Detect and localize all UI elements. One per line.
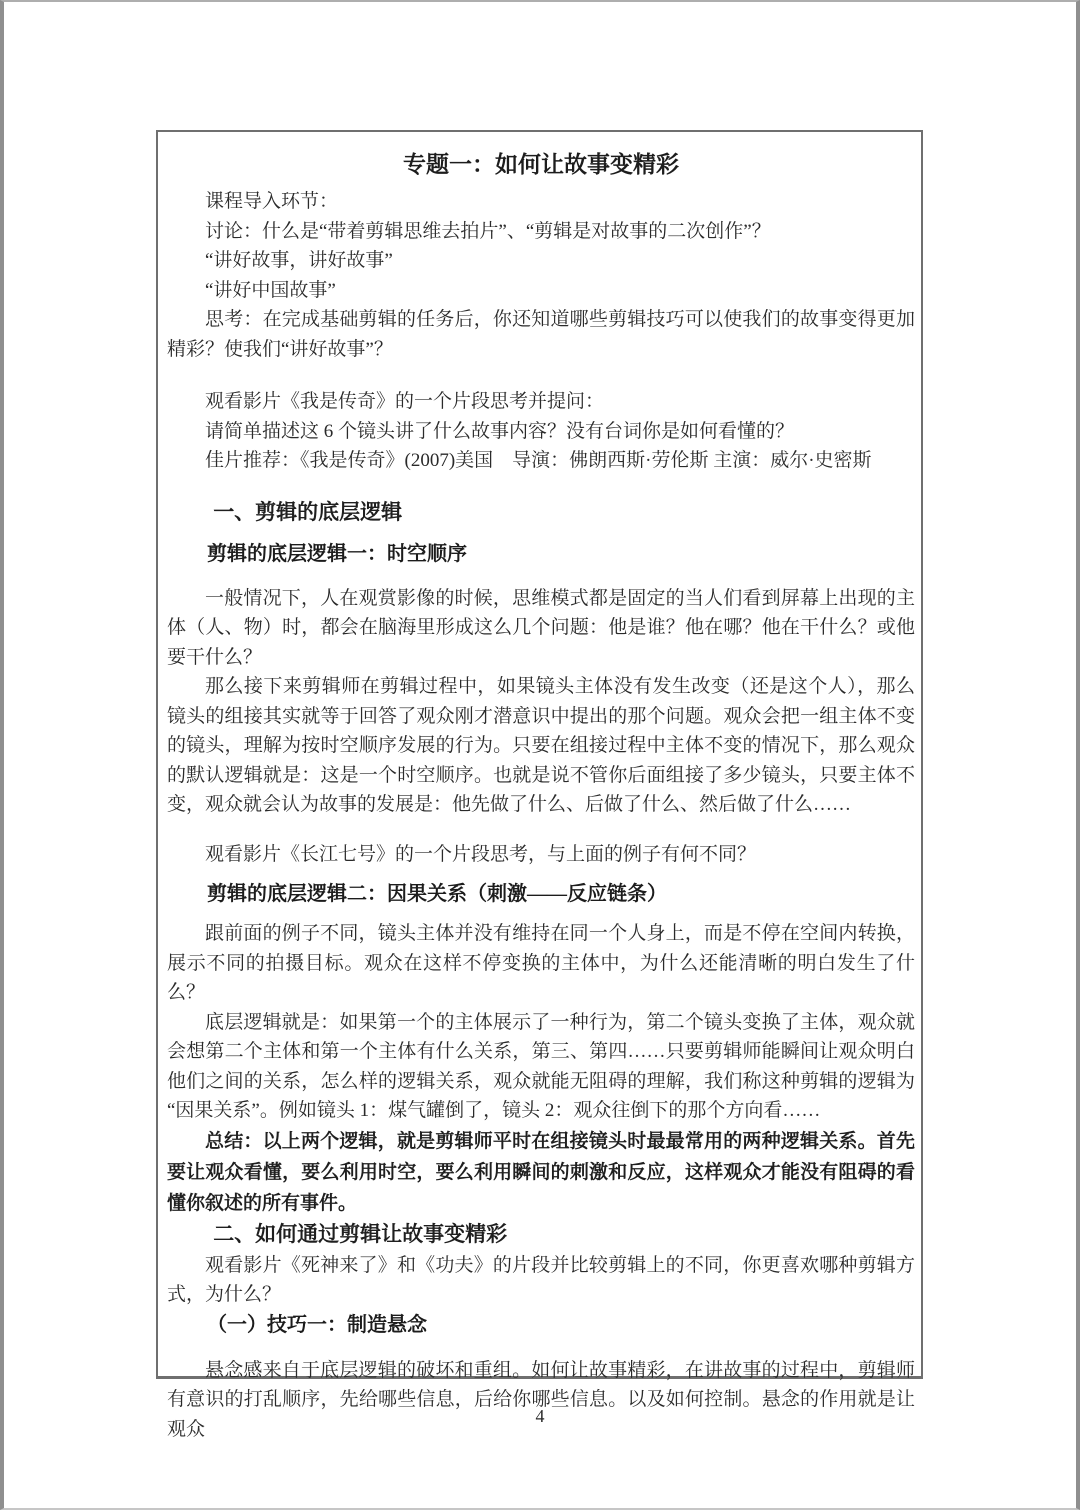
para-logic1-body-2: 那么接下来剪辑师在剪辑过程中，如果镜头主体没有发生改变（还是这个人），那么镜头的… [167, 672, 915, 820]
content-frame: 专题一：如何让故事变精彩 课程导入环节： 讨论：什么是“带着剪辑思维去拍片”、“… [156, 130, 923, 1379]
para-describe-shots: 请简单描述这 6 个镜头讲了什么故事内容？没有台词你是如何看懂的？ [167, 417, 915, 447]
para-discussion: 讨论：什么是“带着剪辑思维去拍片”、“剪辑是对故事的二次创作”？ [167, 217, 915, 247]
para-summary: 总结：以上两个逻辑，就是剪辑师平时在组接镜头时最最常用的两种逻辑关系。首先要让观… [167, 1126, 915, 1219]
para-logic2-body-2: 底层逻辑就是：如果第一个的主体展示了一种行为，第二个镜头变换了主体，观众就会想第… [167, 1008, 915, 1126]
para-film-recommend: 佳片推荐：《我是传奇》(2007)美国 导演：佛朗西斯·劳伦斯 主演：威尔·史密… [167, 446, 915, 476]
heading-logic-2: 剪辑的底层逻辑二：因果关系（刺激——反应链条） [167, 879, 915, 909]
para-watch-film-2: 观看影片《长江七号》的一个片段思考，与上面的例子有何不同？ [167, 840, 915, 870]
para-quote-1: “讲好故事，讲好故事” [167, 246, 915, 276]
para-thinking: 思考：在完成基础剪辑的任务后，你还知道哪些剪辑技巧可以使我们的故事变得更加精彩？… [167, 305, 915, 364]
heading-logic-1: 剪辑的底层逻辑一：时空顺序 [167, 539, 915, 569]
para-logic1-body-1: 一般情况下，人在观赏影像的时候，思维模式都是固定的当人们看到屏幕上出现的主体（人… [167, 584, 915, 673]
page-number: 4 [4, 1402, 1076, 1430]
heading-section-1: 一、剪辑的底层逻辑 [167, 497, 915, 529]
para-quote-2: “讲好中国故事” [167, 276, 915, 306]
para-course-intro: 课程导入环节： [167, 187, 915, 217]
para-watch-film-3: 观看影片《死神来了》和《功夫》的片段并比较剪辑上的不同，你更喜欢哪种剪辑方式，为… [167, 1251, 915, 1310]
heading-technique-1: （一）技巧一：制造悬念 [167, 1310, 915, 1340]
heading-section-2: 二、如何通过剪辑让故事变精彩 [167, 1219, 915, 1251]
doc-title: 专题一：如何让故事变精彩 [167, 148, 915, 182]
para-logic2-body-1: 跟前面的例子不同，镜头主体并没有维持在同一个人身上，而是不停在空间内转换，展示不… [167, 919, 915, 1008]
page-sheet: 专题一：如何让故事变精彩 课程导入环节： 讨论：什么是“带着剪辑思维去拍片”、“… [0, 0, 1080, 1510]
para-suspense-body: 悬念感来自于底层逻辑的破坏和重组。如何让故事精彩，在讲故事的过程中，剪辑师有意识… [167, 1356, 915, 1445]
para-watch-film-1: 观看影片《我是传奇》的一个片段思考并提问： [167, 387, 915, 417]
